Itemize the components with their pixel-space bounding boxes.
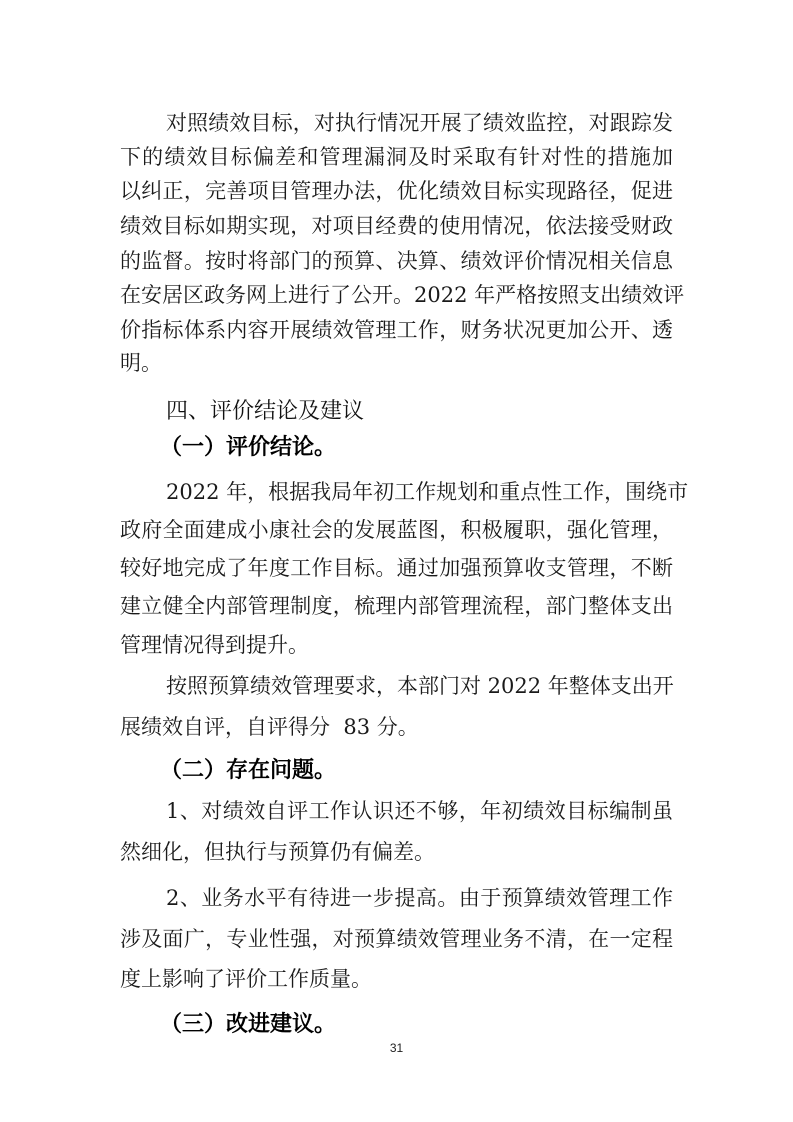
text-line: 在安居区政务网上进行了公开。2022 年严格按照支出绩效评: [120, 281, 673, 309]
text-line: 度上影响了评价工作质量。: [120, 965, 673, 993]
text-line: 2022 年，根据我局年初工作规划和重点性工作，围绕市: [166, 478, 673, 506]
text-line: 涉及面广，专业性强，对预算绩效管理业务不清，在一定程: [120, 925, 673, 953]
text-line: 2、业务水平有待进一步提高。由于预算绩效管理工作: [166, 884, 673, 912]
text-line: 对照绩效目标，对执行情况开展了绩效监控，对跟踪发: [166, 109, 673, 137]
text-line: 政府全面建成小康社会的发展蓝图，积极履职，强化管理，: [120, 516, 673, 544]
text-line: 然细化，但执行与预算仍有偏差。: [120, 838, 673, 866]
text-line: 绩效目标如期实现，对项目经费的使用情况，依法接受财政: [120, 212, 673, 240]
page-number: 31: [0, 1041, 793, 1055]
text-line: 较好地完成了年度工作目标。通过加强预算收支管理，不断: [120, 554, 673, 582]
subsection-title-evaluation-conclusion: （一）评价结论。: [160, 433, 336, 463]
text-line: 建立健全内部管理制度，梳理内部管理流程，部门整体支出: [120, 592, 673, 620]
text-line: 以纠正，完善项目管理办法，优化绩效目标实现路径，促进: [120, 177, 673, 205]
subsection-title-improvement-suggestions: （三）改进建议。: [160, 1010, 336, 1040]
text-line: 明。: [120, 349, 673, 377]
text-line: 管理情况得到提升。: [120, 631, 673, 659]
text-line: 价指标体系内容开展绩效管理工作，财务状况更加公开、透: [120, 316, 673, 344]
text-line: 1、对绩效自评工作认识还不够，年初绩效目标编制虽: [166, 797, 673, 825]
section-heading: 四、评价结论及建议: [166, 397, 364, 427]
text-line: 下的绩效目标偏差和管理漏洞及时采取有针对性的措施加: [120, 143, 673, 171]
subsection-title-existing-problems: （二）存在问题。: [160, 756, 336, 786]
self-score-text: 展绩效自评，自评得分 83 分。: [120, 713, 673, 741]
text-line: 按照预算绩效管理要求，本部门对 2022 年整体支出开: [166, 672, 673, 700]
text-line: 的监督。按时将部门的预算、决算、绩效评价情况相关信息: [120, 247, 673, 275]
